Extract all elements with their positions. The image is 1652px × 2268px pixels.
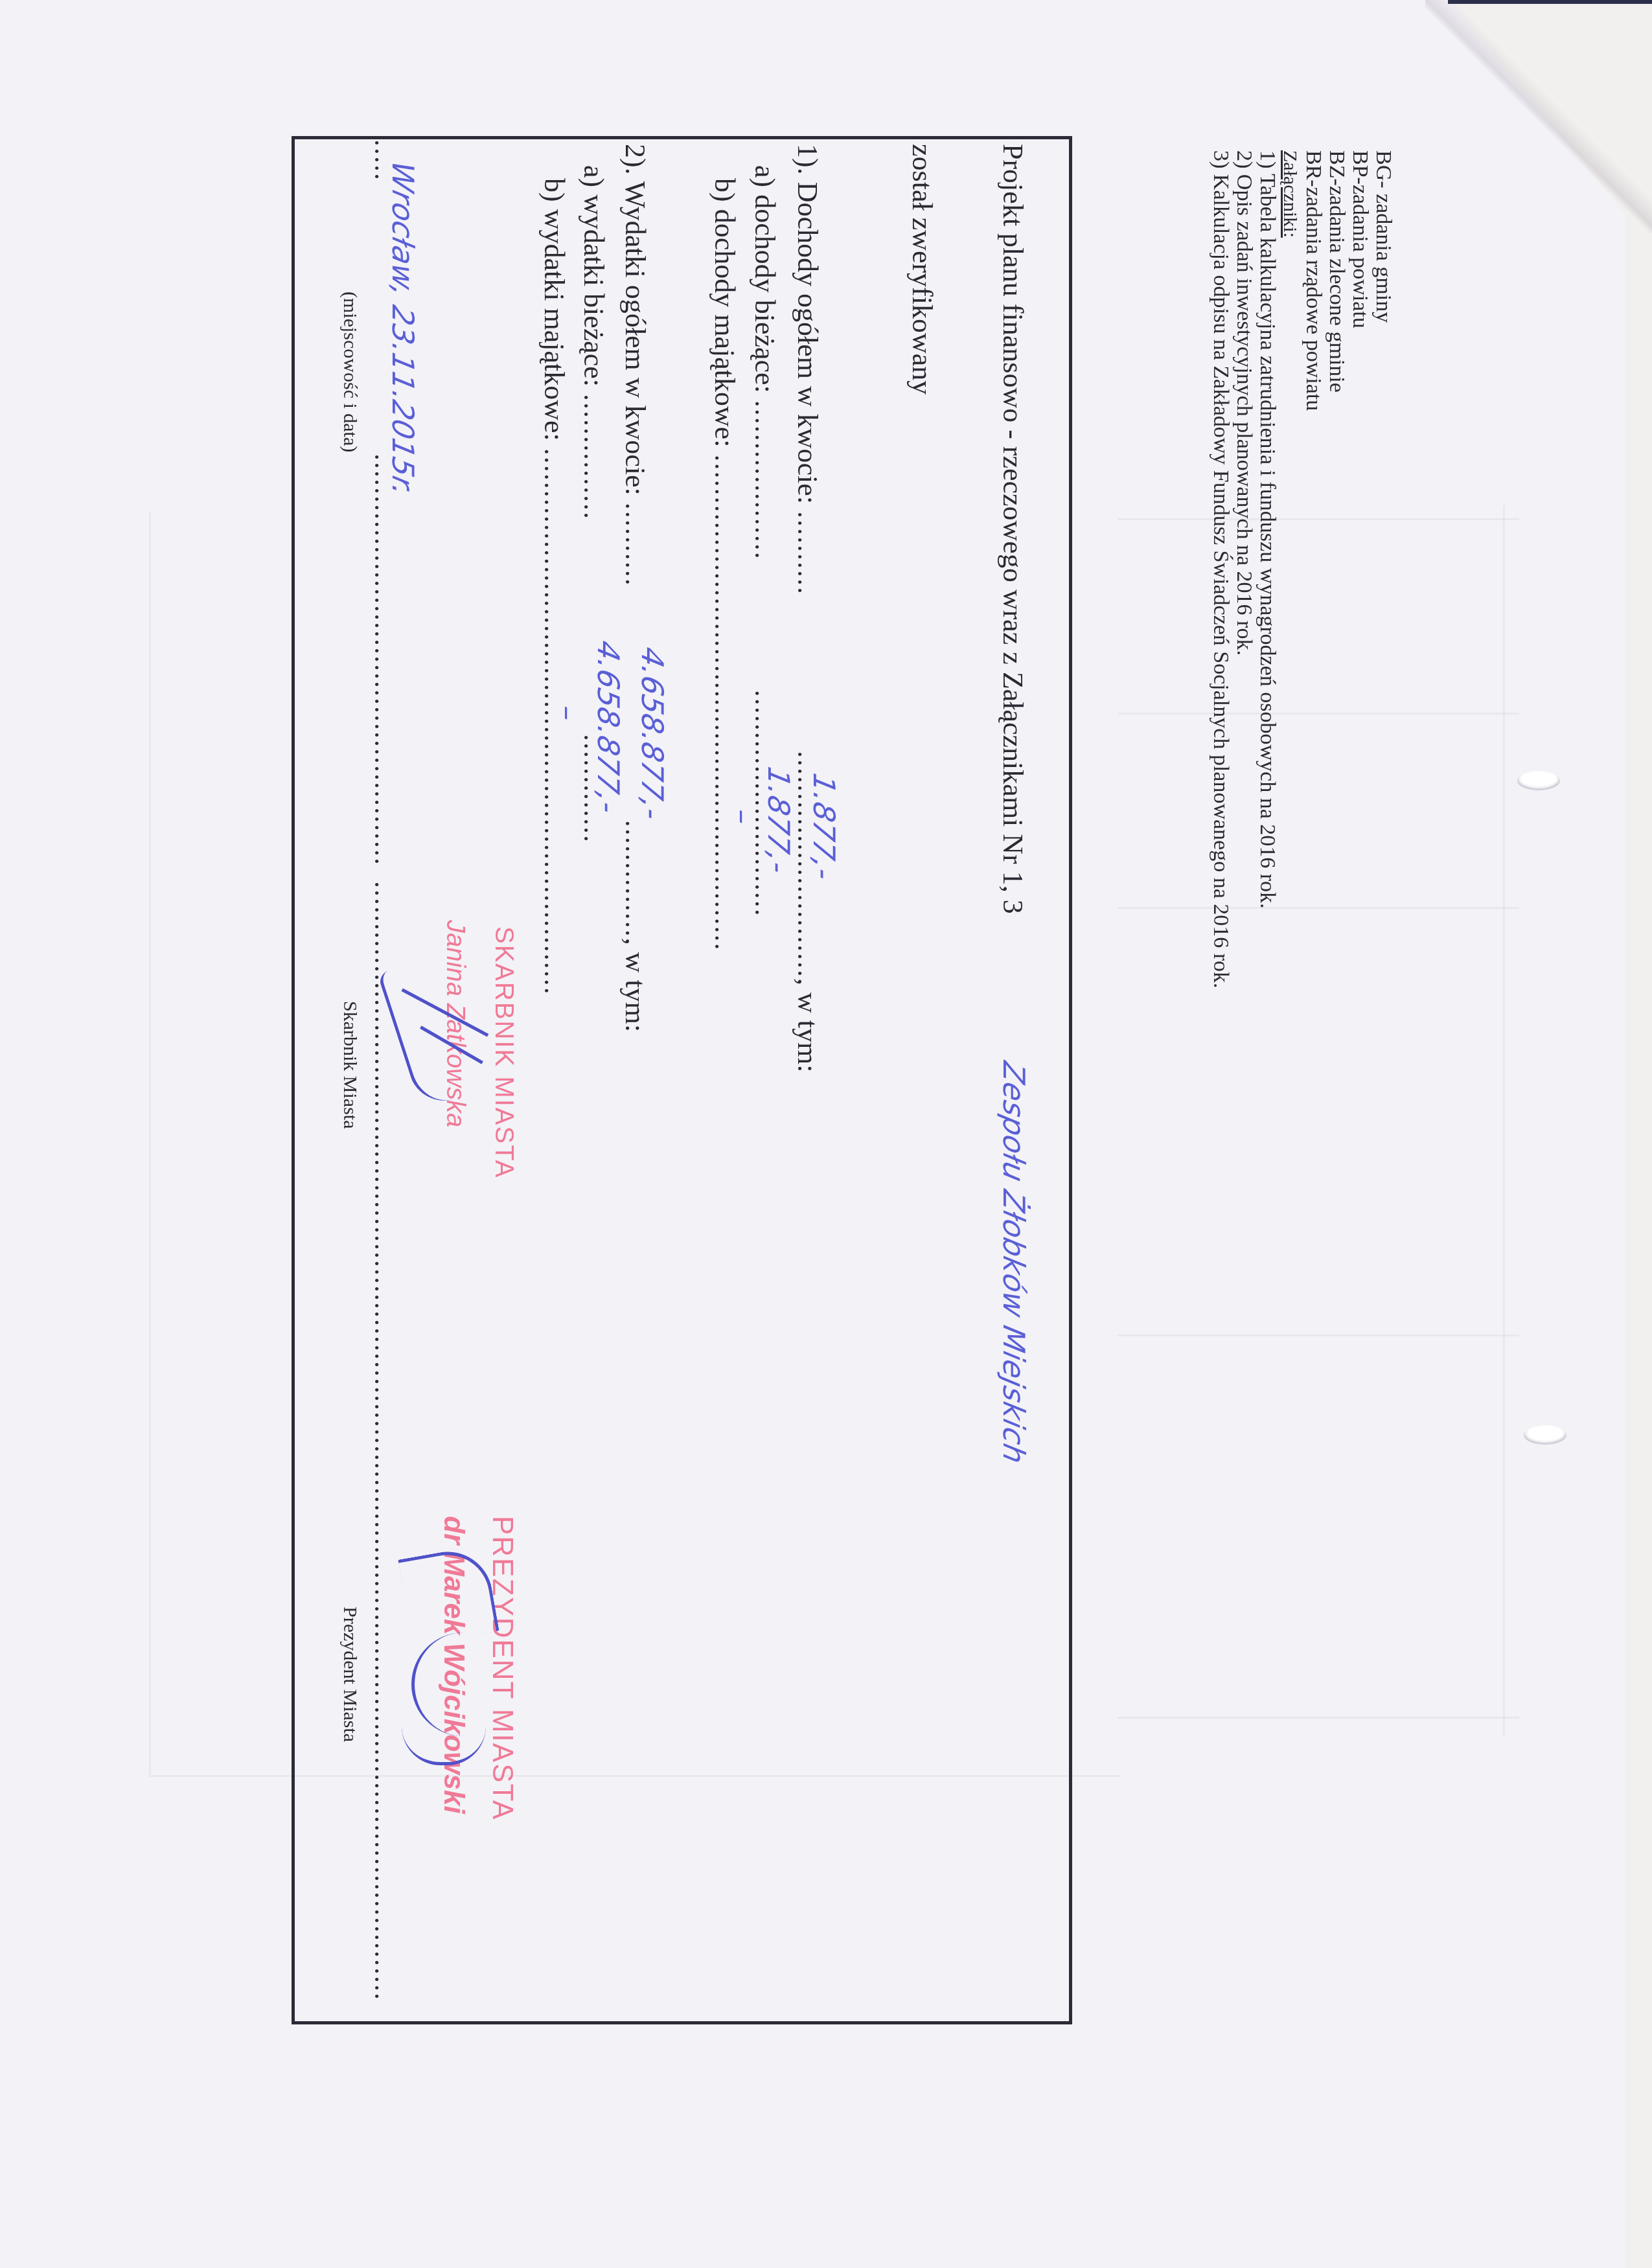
expenditure-total-row: 2). Wydatki ogółem w kwocie: ...........… [621,144,649,1032]
place-date-caption: (miejscowość i data) [340,292,360,452]
dotted-leader: .......... [792,511,823,595]
dotted-leader: ........................................… [369,453,400,866]
treasurer-stamp-title: SKARBNIK MIASTA [489,926,518,1178]
income-capital-label: b) dochody majątkowe: [709,178,740,454]
dotted-leader: ........................................… [538,448,570,996]
expenditure-total-suffix: , w tym: [619,938,651,1032]
place-date-handwritten: Wrocław, 23.11.2015r. [388,159,418,499]
legend-bp: BP-zadania powiatu [1349,150,1371,328]
income-current-label: a) dochody bieżące: [749,165,781,400]
income-total-value: 1.877,- [809,771,839,883]
income-current-value: 1.877,- [764,764,794,876]
dotted-leader: ........................................… [709,454,740,951]
attachments-heading: Załączniki: [1279,150,1301,238]
income-total-label: 1). Dochody ogółem w kwocie: [792,144,823,511]
dotted-leader: .......... [619,503,651,587]
income-total-suffix: , w tym: [792,978,823,1072]
expenditure-capital-row: b) wydatki majątkowe: ..................… [540,178,568,996]
expenditure-total-value: 4.658.877,- [637,645,667,823]
dotted-leader: ................... [749,400,781,560]
legend-bg: BG- zadania gminy [1372,150,1394,323]
expenditure-capital-label: b) wydatki majątkowe: [538,178,570,448]
treasurer-caption: Skarbnik Miasta [340,1001,360,1128]
income-capital-row: b) dochody majątkowe: ..................… [710,178,739,951]
dotted-leader: ............... [578,394,610,520]
expenditure-current-label: a) wydatki bieżące: [578,165,610,394]
expenditure-total-label: 2). Wydatki ogółem w kwocie: [619,144,651,503]
dotted-leader: .............. [619,820,651,938]
president-signature-stroke [402,1684,486,1765]
attachment-item: 2) Opis zadań inwestycyjnych planowanych… [1233,150,1255,656]
president-caption: Prezydent Miasta [340,1607,360,1742]
attachment-item: 3) Kalkulacja odpisu na Zakładowy Fundus… [1210,150,1232,989]
unit-name-handwritten: Zespołu Żłobków Miejskich [999,1059,1029,1466]
plan-intro: Projekt planu finansowo - rzeczowego wra… [998,144,1027,914]
president-stamp-title: PREZYDENT MIASTA [486,1516,518,1820]
legend-bz: BZ-zadania zlecone gminie [1325,150,1348,393]
signature-line: ........................................… [370,881,398,1999]
income-total-row: 1). Dochody ogółem w kwocie: ...........… [793,144,821,1072]
legend-br: BR-zadania rządowe powiatu [1302,150,1324,411]
attachment-item: 1) Tabela kalkulacyjna zatrudnienia i fu… [1256,150,1278,909]
rotated-document-page: BG- zadania gminy BP-zadania powiatu BZ-… [0,0,1652,2268]
verified-label: został zweryfikowany [908,144,936,395]
expenditure-current-value: 4.658.877,- [593,638,623,816]
